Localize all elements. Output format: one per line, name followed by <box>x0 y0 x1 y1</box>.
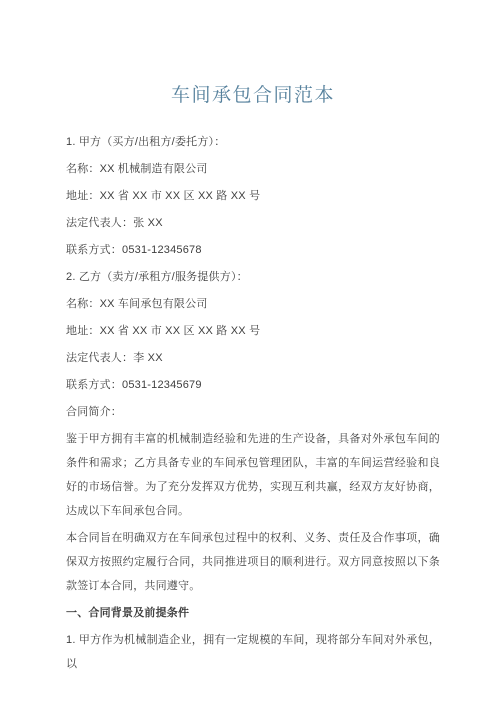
contract-intro-label: 合同简介： <box>66 400 440 424</box>
section-1-item-1: 1. 甲方作为机械制造企业，拥有一定规模的车间，现将部分车间对外承包，以 <box>66 628 440 676</box>
party-b-heading: 2. 乙方（卖方/承租方/服务提供方）： <box>66 265 440 289</box>
contract-intro-paragraph-2: 本合同旨在明确双方在车间承包过程中的权利、义务、责任及合作事项，确保双方按照约定… <box>66 526 440 598</box>
party-b-address: 地址：XX 省 XX 市 XX 区 XX 路 XX 号 <box>66 319 440 343</box>
contract-intro-paragraph-1: 鉴于甲方拥有丰富的机械制造经验和先进的生产设备，具备对外承包车间的条件和需求；乙… <box>66 427 440 523</box>
party-a-address: 地址：XX 省 XX 市 XX 区 XX 路 XX 号 <box>66 184 440 208</box>
party-b-representative: 法定代表人：李 XX <box>66 346 440 370</box>
party-b-name: 名称：XX 车间承包有限公司 <box>66 292 440 316</box>
section-1-heading: 一、合同背景及前提条件 <box>66 601 440 625</box>
party-a-contact: 联系方式：0531-12345678 <box>66 238 440 262</box>
document-page: 车间承包合同范本 1. 甲方（买方/出租方/委托方）： 名称：XX 机械制造有限… <box>0 0 500 707</box>
party-b-contact: 联系方式：0531-12345679 <box>66 373 440 397</box>
document-title: 车间承包合同范本 <box>66 84 440 108</box>
party-a-representative: 法定代表人：张 XX <box>66 211 440 235</box>
party-a-heading: 1. 甲方（买方/出租方/委托方）： <box>66 130 440 154</box>
party-a-name: 名称：XX 机械制造有限公司 <box>66 157 440 181</box>
